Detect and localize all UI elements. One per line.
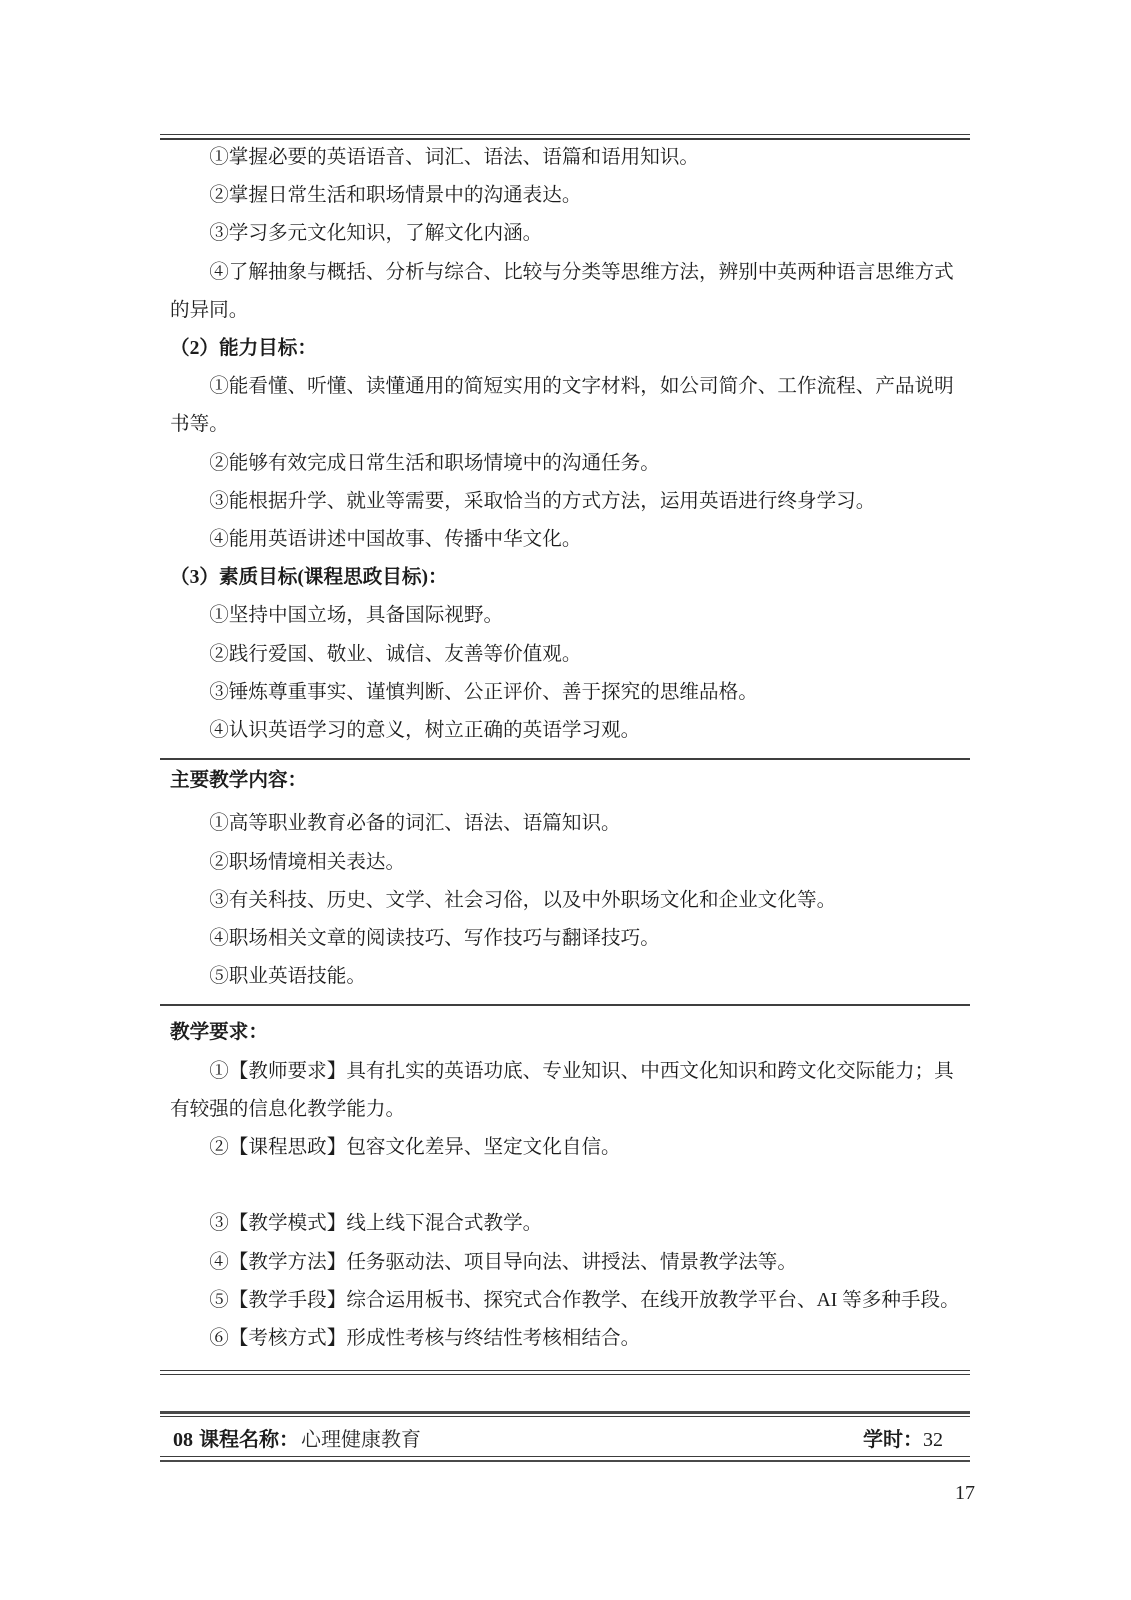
page-number: 17	[955, 1482, 975, 1505]
objective-item: ②能够有效完成日常生活和职场情境中的沟通任务。	[170, 445, 970, 483]
requirement-item: ④【教学方法】任务驱动法、项目导向法、讲授法、情景教学法等。	[170, 1244, 970, 1282]
objective-item: ①坚持中国立场，具备国际视野。	[170, 597, 970, 635]
page-content: ①掌握必要的英语语音、词汇、语法、语篇和语用知识。②掌握日常生活和职场情景中的沟…	[160, 134, 970, 1461]
content-item: ①高等职业教育必备的词汇、语法、语篇知识。	[170, 805, 970, 843]
requirement-item: ①【教师要求】具有扎实的英语功底、专业知识、中西文化知识和跨文化交际能力；具有较…	[170, 1053, 970, 1129]
quality-objectives-list: ①坚持中国立场，具备国际视野。②践行爱国、敬业、诚信、友善等价值观。③锤炼尊重事…	[170, 597, 970, 750]
course-header-row: 08课程名称：心理健康教育 学时：32	[160, 1418, 970, 1456]
course-name-label: 课程名称：	[199, 1429, 299, 1451]
content-item: ③有关科技、历史、文学、社会习俗，以及中外职场文化和企业文化等。	[170, 882, 970, 920]
teaching-content-list: ①高等职业教育必备的词汇、语法、语篇知识。②职场情境相关表达。③有关科技、历史、…	[170, 805, 970, 996]
document-page: ①掌握必要的英语语音、词汇、语法、语篇和语用知识。②掌握日常生活和职场情景中的沟…	[0, 0, 1131, 1600]
section-teaching-content: 主要教学内容： ①高等职业教育必备的词汇、语法、语篇知识。②职场情境相关表达。③…	[160, 760, 970, 996]
objective-item: ④能用英语讲述中国故事、传播中华文化。	[170, 521, 970, 559]
content-item: ⑤职业英语技能。	[170, 958, 970, 996]
course-name-value: 心理健康教育	[301, 1429, 421, 1451]
objective-item: ①掌握必要的英语语音、词汇、语法、语篇和语用知识。	[170, 139, 970, 177]
objective-item: ③锤炼尊重事实、谨慎判断、公正评价、善于探究的思维品格。	[170, 674, 970, 712]
objective-item: ①能看懂、听懂、读懂通用的简短实用的文字材料，如公司简介、工作流程、产品说明书等…	[170, 368, 970, 444]
table-bottom-border	[160, 1370, 970, 1375]
objective-item: ④了解抽象与概括、分析与综合、比较与分类等思维方法，辨别中英两种语言思维方式的异…	[170, 254, 970, 330]
teaching-requirements-heading: 教学要求：	[170, 1014, 970, 1052]
requirement-item	[170, 1167, 970, 1205]
course-name-cell: 08课程名称：心理健康教育	[173, 1423, 421, 1452]
teaching-content-heading: 主要教学内容：	[170, 762, 970, 800]
course-hours-value: 32	[923, 1429, 943, 1451]
content-item: ④职场相关文章的阅读技巧、写作技巧与翻译技巧。	[170, 920, 970, 958]
teaching-requirements-list: ①【教师要求】具有扎实的英语功底、专业知识、中西文化知识和跨文化交际能力；具有较…	[170, 1053, 970, 1359]
table-top-border	[160, 134, 970, 137]
course-row-bottom-border	[160, 1456, 970, 1461]
requirement-item: ⑤【教学手段】综合运用板书、探究式合作教学、在线开放教学平台、AI 等多种手段。	[170, 1282, 970, 1320]
table-gap	[160, 1375, 970, 1411]
objective-item: ②践行爱国、敬业、诚信、友善等价值观。	[170, 636, 970, 674]
requirement-item: ②【课程思政】包容文化差异、坚定文化自信。	[170, 1129, 970, 1167]
ability-objectives-heading: （2）能力目标：	[170, 330, 970, 368]
objective-item: ②掌握日常生活和职场情景中的沟通表达。	[170, 177, 970, 215]
ability-objectives-list: ①能看懂、听懂、读懂通用的简短实用的文字材料，如公司简介、工作流程、产品说明书等…	[170, 368, 970, 559]
section-teaching-requirements: 教学要求： ①【教师要求】具有扎实的英语功底、专业知识、中西文化知识和跨文化交际…	[160, 1006, 970, 1358]
objective-item: ③能根据升学、就业等需要，采取恰当的方式方法，运用英语进行终身学习。	[170, 483, 970, 521]
content-item: ②职场情境相关表达。	[170, 844, 970, 882]
section-course-objectives: ①掌握必要的英语语音、词汇、语法、语篇和语用知识。②掌握日常生活和职场情景中的沟…	[160, 137, 970, 750]
course-hours-cell: 学时：32	[863, 1423, 943, 1452]
requirement-item: ③【教学模式】线上线下混合式教学。	[170, 1205, 970, 1243]
objective-item: ④认识英语学习的意义，树立正确的英语学习观。	[170, 712, 970, 750]
objective-item: ③学习多元文化知识，了解文化内涵。	[170, 215, 970, 253]
knowledge-objectives-list: ①掌握必要的英语语音、词汇、语法、语篇和语用知识。②掌握日常生活和职场情景中的沟…	[170, 139, 970, 330]
course-number: 08	[173, 1429, 193, 1451]
course-hours-label: 学时：	[863, 1429, 923, 1451]
course-row-top-border	[160, 1411, 970, 1418]
requirement-item: ⑥【考核方式】形成性考核与终结性考核相结合。	[170, 1320, 970, 1358]
quality-objectives-heading: （3）素质目标(课程思政目标)：	[170, 559, 970, 597]
